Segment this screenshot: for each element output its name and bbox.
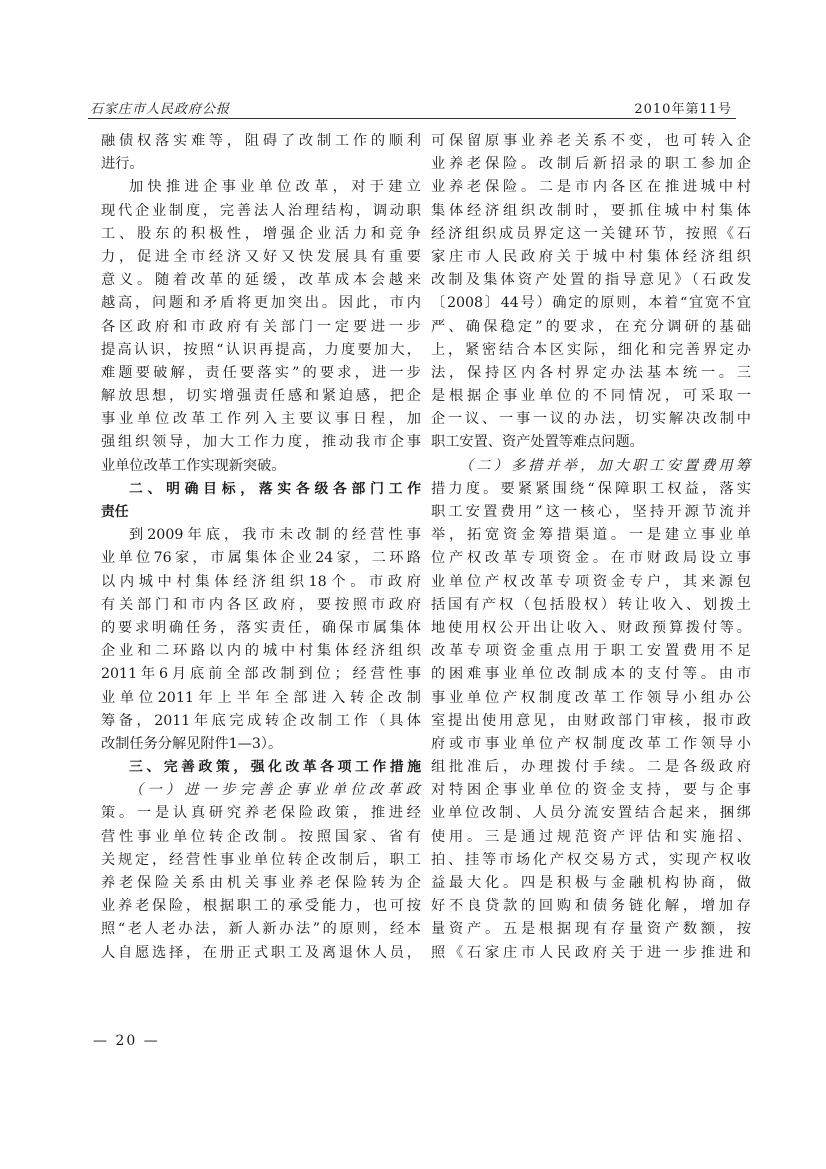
- text-line: 对特困企事业单位的资金支持，要与企事: [431, 779, 751, 802]
- text-line: 改制及集体资产处置的指导意见》（石政发: [431, 269, 751, 292]
- text-line: 业养老保险。改制后新招录的职工参加企: [431, 153, 751, 176]
- text-line: 事业单位改革工作列入主要议事日程，加: [101, 408, 421, 431]
- text-line: 照《石家庄市人民政府关于进一步推进和: [431, 942, 751, 965]
- text-line: 照“老人老办法，新人新办法”的原则，经本: [101, 918, 421, 941]
- text-line: 职工安置费用”这一核心，坚持开源节流并: [431, 501, 751, 524]
- text-line: 集体经济组织改制时，要抓住城中村集体: [431, 200, 751, 223]
- text-line: 工、股东的积极性，增强企业活力和竞争: [101, 223, 421, 246]
- text-line: 是根据企事业单位的不同情况，可采取一: [431, 385, 751, 408]
- text-line: 〔2008〕44号）确定的原则，本着“宜宽不宜: [431, 292, 751, 315]
- text-line: 拍、挂等市场化产权交易方式，实现产权收: [431, 849, 751, 872]
- text-line: 越高，问题和矛盾将更加突出。因此，市内: [101, 292, 421, 315]
- text-line: 强组织领导，加大工作力度，推动我市企事: [101, 431, 421, 454]
- text-line: 解放思想，切实增强责任感和紧迫感，把企: [101, 385, 421, 408]
- publication-title: 石家庄市人民政府公报: [90, 98, 230, 117]
- text-line: 业养老保险，根据职工的承受能力，也可按: [101, 895, 421, 918]
- text-line: 组批准后，办理拨付手续。二是各级政府: [431, 756, 751, 779]
- text-line: 措力度。要紧紧围绕“保障职工权益，落实: [431, 478, 751, 501]
- text-line: 力，促进全市经济又好又快发展具有重要: [101, 246, 421, 269]
- section-heading: 三、完善政策，强化改革各项工作措施: [101, 756, 421, 779]
- text-line: 2011年6月底前全部改制到位；经营性事: [101, 663, 421, 686]
- text-line: 室提出使用意见，由财政部门审核，报市政: [431, 710, 751, 733]
- text-line: 法，保持区内各村界定办法基本统一。三: [431, 362, 751, 385]
- text-line: 的要求明确任务，落实责任，确保市属集体: [101, 617, 421, 640]
- subsection-heading: （一）进一步完善企事业单位改革政: [101, 779, 421, 802]
- left-text-column: 融债权落实难等，阻碍了改制工作的顺利进行。加快推进企事业单位改革，对于建立现代企…: [101, 130, 421, 965]
- text-line: 业单位2011年上半年全部进入转企改制: [101, 687, 421, 710]
- text-line: 企业和二环路以内的城中村集体经济组织: [101, 640, 421, 663]
- text-line: 企一议、一事一议的办法，切实解决改制中: [431, 408, 751, 431]
- text-line: 上，紧密结合本区实际，细化和完善界定办: [431, 339, 751, 362]
- text-line: 益最大化。四是积极与金融机构协商，做: [431, 872, 751, 895]
- text-line: 业单位改制、人员分流安置结合起来，捆绑: [431, 802, 751, 825]
- right-text-column: 可保留原事业养老关系不变，也可转入企业养老保险。改制后新招录的职工参加企业养老保…: [431, 130, 751, 965]
- text-line: 家庄市人民政府关于城中村集体经济组织: [431, 246, 751, 269]
- text-line: 府或市事业单位产权制度改革工作领导小: [431, 733, 751, 756]
- text-line: 业单位改革工作实现新突破。: [101, 455, 421, 478]
- text-line: 好不良贷款的回购和债务链化解，增加存: [431, 895, 751, 918]
- text-line: 改革专项资金重点用于职工安置费用不足: [431, 640, 751, 663]
- text-line: 业养老保险。二是市内各区在推进城中村: [431, 176, 751, 199]
- text-line: 量资产。五是根据现有存量资产数额，按: [431, 918, 751, 941]
- text-line: 筹备，2011年底完成转企改制工作（具体: [101, 710, 421, 733]
- text-line: 经济组织成员界定这一关键环节，按照《石: [431, 223, 751, 246]
- text-line: 的困难事业单位改制成本的支付等。由市: [431, 663, 751, 686]
- text-line: 事业单位产权制度改革工作领导小组办公: [431, 687, 751, 710]
- text-line: 进行。: [101, 153, 421, 176]
- text-line: 可保留原事业养老关系不变，也可转入企: [431, 130, 751, 153]
- text-line: 改制任务分解见附件1—3）。: [101, 733, 421, 756]
- text-line: 到2009年底，我市未改制的经营性事: [101, 524, 421, 547]
- page-number: — 20 —: [93, 1033, 160, 1049]
- text-line: 策。一是认真研究养老保险政策，推进经: [101, 802, 421, 825]
- text-line: 以内城中村集体经济组织18个。市政府: [101, 571, 421, 594]
- text-line: 业单位产权改革专项资金专户，其来源包: [431, 571, 751, 594]
- text-line: 业单位76家，市属集体企业24家，二环路: [101, 547, 421, 570]
- text-line: 养老保险关系由机关事业养老保险转为企: [101, 872, 421, 895]
- text-line: 融债权落实难等，阻碍了改制工作的顺利: [101, 130, 421, 153]
- text-line: 地使用权公开出让收入、财政预算拨付等。: [431, 617, 751, 640]
- text-line: 职工安置、资产处置等难点问题。: [431, 431, 751, 454]
- text-line: 关规定，经营性事业单位转企改制后，职工: [101, 849, 421, 872]
- text-line: 营性事业单位转企改制。按照国家、省有: [101, 826, 421, 849]
- text-line: 括国有产权（包括股权）转让收入、划拨土: [431, 594, 751, 617]
- text-line: 各区政府和市政府有关部门一定要进一步: [101, 316, 421, 339]
- text-line: 使用。三是通过规范资产评估和实施招、: [431, 826, 751, 849]
- text-line: 加快推进企事业单位改革，对于建立: [101, 176, 421, 199]
- text-line: 人自愿选择，在册正式职工及离退休人员，: [101, 942, 421, 965]
- text-line: 有关部门和市内各区政府，要按照市政府: [101, 594, 421, 617]
- section-heading: 责任: [101, 501, 421, 524]
- text-line: 提高认识，按照“认识再提高，力度要加大，: [101, 339, 421, 362]
- subsection-heading: （二）多措并举，加大职工安置费用筹: [431, 455, 751, 478]
- text-line: 意义。随着改革的延缓，改革成本会越来: [101, 269, 421, 292]
- text-line: 位产权改革专项资金。在市财政局设立事: [431, 547, 751, 570]
- issue-number: 2010年第11号: [634, 98, 732, 117]
- running-header: 石家庄市人民政府公报 2010年第11号: [88, 96, 736, 119]
- text-line: 现代企业制度，完善法人治理结构，调动职: [101, 200, 421, 223]
- text-line: 难题要破解，责任要落实”的要求，进一步: [101, 362, 421, 385]
- text-line: 严、确保稳定”的要求，在充分调研的基础: [431, 316, 751, 339]
- text-line: 举，拓宽资金筹措渠道。一是建立事业单: [431, 524, 751, 547]
- section-heading: 二、明确目标，落实各级各部门工作: [101, 478, 421, 501]
